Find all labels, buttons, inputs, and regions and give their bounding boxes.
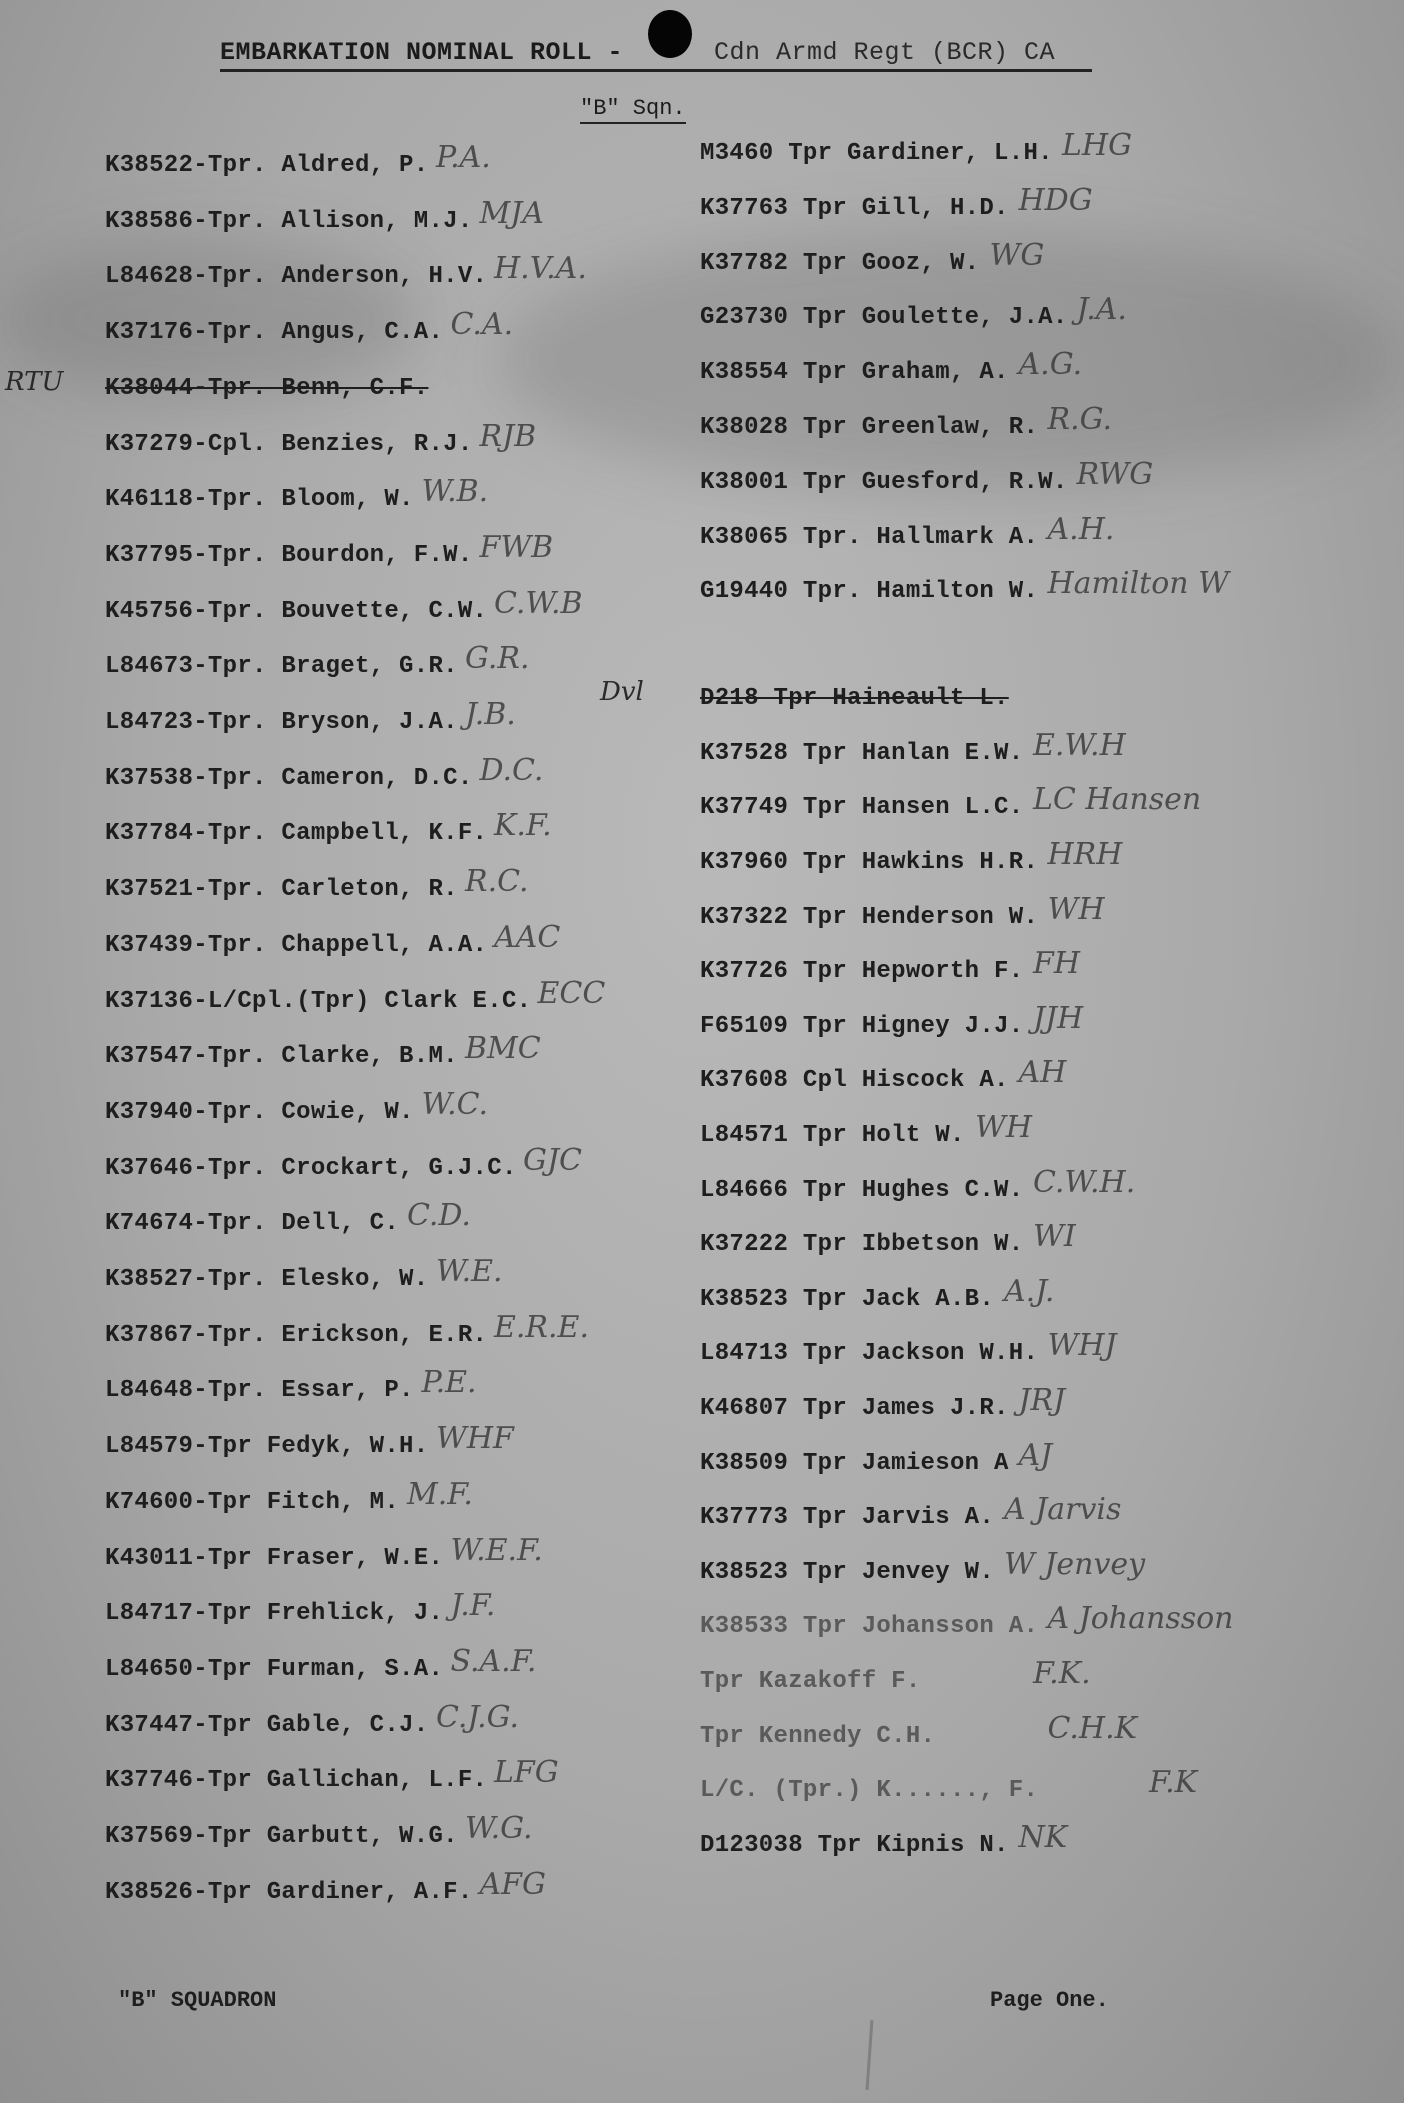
- roll-entry: K37547-Tpr. Clarke, B.M.: [105, 1043, 458, 1070]
- entry-text: K37569-Tpr Garbutt, W.G.: [105, 1823, 458, 1850]
- roll-entry: K37608 Cpl Hiscock A.: [700, 1067, 1009, 1094]
- handwritten-signature: W.G.: [465, 1811, 533, 1846]
- roll-entry: K37279-Cpl. Benzies, R.J.: [105, 431, 473, 458]
- roll-entry: L84723-Tpr. Bryson, J.A.: [105, 709, 458, 736]
- entry-text: K46807 Tpr James J.R.: [700, 1395, 1009, 1422]
- entry-text: K37528 Tpr Hanlan E.W.: [700, 740, 1023, 767]
- entry-text: K38044-Tpr. Benn, C.F.: [105, 375, 428, 402]
- roll-entry: K37521-Tpr. Carleton, R.: [105, 876, 458, 903]
- entry-text: K37726 Tpr Hepworth F.: [700, 958, 1023, 985]
- entry-text: Tpr Kazakoff F.: [700, 1668, 921, 1695]
- entry-text: K37279-Cpl. Benzies, R.J.: [105, 431, 473, 458]
- entry-text: K37782 Tpr Gooz, W.: [700, 250, 979, 277]
- handwritten-signature: E.W.H: [1033, 728, 1126, 763]
- entry-text: K37746-Tpr Gallichan, L.F.: [105, 1767, 487, 1794]
- roll-entry: K38526-Tpr Gardiner, A.F.: [105, 1879, 473, 1906]
- roll-entry: K38001 Tpr Guesford, R.W.: [700, 469, 1068, 496]
- entry-text: K37136-L/Cpl.(Tpr) Clark E.C.: [105, 988, 531, 1015]
- pencil-mark: [866, 2020, 874, 2090]
- entry-text: L84723-Tpr. Bryson, J.A.: [105, 709, 458, 736]
- entry-text: L84673-Tpr. Braget, G.R.: [105, 653, 458, 680]
- entry-text: K38526-Tpr Gardiner, A.F.: [105, 1879, 473, 1906]
- entry-text: K38533 Tpr Johansson A.: [700, 1613, 1038, 1640]
- roll-entry: K46118-Tpr. Bloom, W.: [105, 486, 414, 513]
- handwritten-signature: Hamilton W: [1048, 566, 1230, 601]
- handwritten-signature: AH: [1019, 1055, 1067, 1090]
- handwritten-signature: P.A.: [436, 140, 491, 175]
- roll-entry: D218 Tpr Haineault L.: [700, 685, 1009, 712]
- roll-entry: K37538-Tpr. Cameron, D.C.: [105, 765, 473, 792]
- roll-entry: D123038 Tpr Kipnis N.: [700, 1832, 1009, 1859]
- roll-entry: K74600-Tpr Fitch, M.: [105, 1489, 399, 1516]
- roll-entry: F65109 Tpr Higney J.J.: [700, 1013, 1023, 1040]
- entry-text: L84650-Tpr Furman, S.A.: [105, 1656, 443, 1683]
- roll-entry: K38527-Tpr. Elesko, W.: [105, 1266, 428, 1293]
- roll-entry: K38554 Tpr Graham, A.: [700, 359, 1009, 386]
- margin-annotation: RTU: [5, 367, 63, 397]
- handwritten-signature: JJH: [1033, 1001, 1083, 1036]
- roll-entry: L84666 Tpr Hughes C.W.: [700, 1177, 1023, 1204]
- handwritten-signature: MJA: [480, 196, 544, 231]
- handwritten-signature: A.G.: [1019, 347, 1083, 382]
- handwritten-signature: WI: [1033, 1219, 1076, 1254]
- roll-entry: K38044-Tpr. Benn, C.F.: [105, 375, 428, 402]
- entry-text: K38065 Tpr. Hallmark A.: [700, 524, 1038, 551]
- roll-entry: L84579-Tpr Fedyk, W.H.: [105, 1433, 428, 1460]
- handwritten-signature: W.C.: [422, 1087, 489, 1122]
- roll-entry: K37795-Tpr. Bourdon, F.W.: [105, 542, 473, 569]
- footer-squadron: "B" SQUADRON: [118, 1988, 276, 2013]
- roll-entry: L84717-Tpr Frehlick, J.: [105, 1600, 443, 1627]
- entry-text: Tpr Kennedy C.H.: [700, 1723, 935, 1750]
- handwritten-signature: J.B.: [465, 697, 516, 732]
- handwritten-signature: W Jenvey: [1004, 1547, 1145, 1582]
- margin-annotation: Dvl: [600, 677, 644, 707]
- entry-text: K45756-Tpr. Bouvette, C.W.: [105, 598, 487, 625]
- entry-text: K38001 Tpr Guesford, R.W.: [700, 469, 1068, 496]
- entry-text: L84571 Tpr Holt W.: [700, 1122, 965, 1149]
- roll-entry: L84648-Tpr. Essar, P.: [105, 1377, 414, 1404]
- roll-entry: K38586-Tpr. Allison, M.J.: [105, 208, 473, 235]
- entry-text: L84628-Tpr. Anderson, H.V.: [105, 263, 487, 290]
- roll-entry: K37136-L/Cpl.(Tpr) Clark E.C.: [105, 988, 531, 1015]
- roll-entry: K37447-Tpr Gable, C.J.: [105, 1712, 428, 1739]
- entry-text: D218 Tpr Haineault L.: [700, 685, 1009, 712]
- entry-text: M3460 Tpr Gardiner, L.H.: [700, 140, 1053, 167]
- handwritten-signature: A Jarvis: [1004, 1492, 1121, 1527]
- entry-text: K37784-Tpr. Campbell, K.F.: [105, 820, 487, 847]
- entry-text: L84713 Tpr Jackson W.H.: [700, 1340, 1038, 1367]
- handwritten-signature: LHG: [1062, 128, 1132, 163]
- handwritten-signature: D.C.: [480, 753, 544, 788]
- entry-text: K38523 Tpr Jenvey W.: [700, 1559, 994, 1586]
- handwritten-signature: AFG: [480, 1867, 546, 1902]
- handwritten-signature: C.A.: [451, 307, 514, 342]
- entry-text: G23730 Tpr Goulette, J.A.: [700, 304, 1068, 331]
- entry-text: K38523 Tpr Jack A.B.: [700, 1286, 994, 1313]
- entry-text: K37763 Tpr Gill, H.D.: [700, 195, 1009, 222]
- entry-text: K37538-Tpr. Cameron, D.C.: [105, 765, 473, 792]
- entry-text: D123038 Tpr Kipnis N.: [700, 1832, 1009, 1859]
- handwritten-signature: HDG: [1019, 183, 1093, 218]
- entry-text: K37439-Tpr. Chappell, A.A.: [105, 932, 487, 959]
- handwritten-signature: S.A.F.: [451, 1644, 537, 1679]
- entry-text: K37940-Tpr. Cowie, W.: [105, 1099, 414, 1126]
- roll-entry: L84628-Tpr. Anderson, H.V.: [105, 263, 487, 290]
- roll-entry: K37222 Tpr Ibbetson W.: [700, 1231, 1023, 1258]
- entry-text: L84717-Tpr Frehlick, J.: [105, 1600, 443, 1627]
- entry-text: K37960 Tpr Hawkins H.R.: [700, 849, 1038, 876]
- handwritten-signature: LFG: [494, 1755, 559, 1790]
- roll-entry: K46807 Tpr James J.R.: [700, 1395, 1009, 1422]
- handwritten-signature: WH: [975, 1110, 1032, 1145]
- entry-text: K38527-Tpr. Elesko, W.: [105, 1266, 428, 1293]
- roll-entry: K37746-Tpr Gallichan, L.F.: [105, 1767, 487, 1794]
- entry-text: K38522-Tpr. Aldred, P.: [105, 152, 428, 179]
- handwritten-signature: WH: [1048, 892, 1105, 927]
- roll-entry: K38523 Tpr Jack A.B.: [700, 1286, 994, 1313]
- roll-entry: K45756-Tpr. Bouvette, C.W.: [105, 598, 487, 625]
- handwritten-signature: P.E.: [422, 1365, 477, 1400]
- handwritten-signature: C.J.G.: [436, 1700, 519, 1735]
- entry-text: K37322 Tpr Henderson W.: [700, 904, 1038, 931]
- entry-text: K37447-Tpr Gable, C.J.: [105, 1712, 428, 1739]
- roll-entry: L84650-Tpr Furman, S.A.: [105, 1656, 443, 1683]
- roll-entry: K38028 Tpr Greenlaw, R.: [700, 414, 1038, 441]
- handwritten-signature: A Johansson: [1048, 1601, 1234, 1636]
- roll-entry: L84673-Tpr. Braget, G.R.: [105, 653, 458, 680]
- handwritten-signature: FH: [1033, 946, 1080, 981]
- roll-entry: K37763 Tpr Gill, H.D.: [700, 195, 1009, 222]
- handwritten-signature: ECC: [538, 976, 606, 1011]
- handwritten-signature: W.E.F.: [451, 1533, 543, 1568]
- roll-entry: K38523 Tpr Jenvey W.: [700, 1559, 994, 1586]
- roll-entry: K37176-Tpr. Angus, C.A.: [105, 319, 443, 346]
- entry-text: K37521-Tpr. Carleton, R.: [105, 876, 458, 903]
- roll-entry: K37940-Tpr. Cowie, W.: [105, 1099, 414, 1126]
- handwritten-signature: RJB: [480, 419, 537, 454]
- handwritten-signature: GJC: [523, 1143, 582, 1178]
- handwritten-signature: NK: [1019, 1820, 1068, 1855]
- entry-text: K37773 Tpr Jarvis A.: [700, 1504, 994, 1531]
- title-unit: Cdn Armd Regt (BCR) CA: [714, 38, 1055, 67]
- handwritten-signature: JRJ: [1019, 1383, 1066, 1418]
- entry-text: K37795-Tpr. Bourdon, F.W.: [105, 542, 473, 569]
- entry-text: K43011-Tpr Fraser, W.E.: [105, 1545, 443, 1572]
- handwritten-signature: J.F.: [451, 1588, 496, 1623]
- handwritten-signature: C.W.B: [494, 586, 583, 621]
- handwritten-signature: R.G.: [1048, 402, 1113, 437]
- roll-entry: K37784-Tpr. Campbell, K.F.: [105, 820, 487, 847]
- handwritten-signature: F.K.: [1033, 1656, 1091, 1691]
- handwritten-signature: J.A.: [1077, 292, 1127, 327]
- roll-entry: Tpr Kazakoff F.: [700, 1668, 921, 1695]
- roll-entry: K37773 Tpr Jarvis A.: [700, 1504, 994, 1531]
- entry-text: K38028 Tpr Greenlaw, R.: [700, 414, 1038, 441]
- entry-text: K74600-Tpr Fitch, M.: [105, 1489, 399, 1516]
- entry-text: K37222 Tpr Ibbetson W.: [700, 1231, 1023, 1258]
- entry-text: L/C. (Tpr.) K......, F.: [700, 1777, 1038, 1804]
- roll-entry: K38533 Tpr Johansson A.: [700, 1613, 1038, 1640]
- handwritten-signature: WHJ: [1048, 1328, 1117, 1363]
- handwritten-signature: BMC: [465, 1031, 541, 1066]
- entry-text: K37646-Tpr. Crockart, G.J.C.: [105, 1155, 517, 1182]
- entry-text: L84579-Tpr Fedyk, W.H.: [105, 1433, 428, 1460]
- title-left: EMBARKATION NOMINAL ROLL -: [220, 38, 623, 67]
- entry-text: K37176-Tpr. Angus, C.A.: [105, 319, 443, 346]
- squadron-subtitle: "B" Sqn.: [580, 96, 686, 124]
- roll-entry: K37569-Tpr Garbutt, W.G.: [105, 1823, 458, 1850]
- entry-text: G19440 Tpr. Hamilton W.: [700, 578, 1038, 605]
- handwritten-signature: RWG: [1077, 457, 1154, 492]
- handwritten-signature: M.F.: [407, 1477, 473, 1512]
- entry-text: L84648-Tpr. Essar, P.: [105, 1377, 414, 1404]
- handwritten-signature: R.C.: [465, 864, 529, 899]
- roll-entry: K37749 Tpr Hansen L.C.: [700, 794, 1023, 821]
- entry-text: K38554 Tpr Graham, A.: [700, 359, 1009, 386]
- handwritten-signature: A.J.: [1004, 1274, 1054, 1309]
- roll-entry: K37646-Tpr. Crockart, G.J.C.: [105, 1155, 517, 1182]
- handwritten-signature: FWB: [480, 530, 554, 565]
- handwritten-signature: F.K: [1149, 1765, 1197, 1800]
- handwritten-signature: K.F.: [494, 808, 552, 843]
- entry-text: K46118-Tpr. Bloom, W.: [105, 486, 414, 513]
- handwritten-signature: A.H.: [1048, 512, 1115, 547]
- roll-entry: K37439-Tpr. Chappell, A.A.: [105, 932, 487, 959]
- handwritten-signature: HRH: [1048, 837, 1123, 872]
- roll-entry: K37528 Tpr Hanlan E.W.: [700, 740, 1023, 767]
- handwritten-signature: C.H.K: [1048, 1711, 1138, 1746]
- roll-entry: G19440 Tpr. Hamilton W.: [700, 578, 1038, 605]
- handwritten-signature: C.W.H.: [1033, 1165, 1135, 1200]
- handwritten-signature: E.R.E.: [494, 1310, 589, 1345]
- roll-entry: L84713 Tpr Jackson W.H.: [700, 1340, 1038, 1367]
- entry-text: K37749 Tpr Hansen L.C.: [700, 794, 1023, 821]
- handwritten-signature: W.B.: [422, 474, 489, 509]
- entry-text: K37608 Cpl Hiscock A.: [700, 1067, 1009, 1094]
- roll-entry: L/C. (Tpr.) K......, F.: [700, 1777, 1038, 1804]
- roll-entry: K37322 Tpr Henderson W.: [700, 904, 1038, 931]
- handwritten-signature: LC Hansen: [1033, 782, 1201, 817]
- page-title: EMBARKATION NOMINAL ROLL - Cdn Armd Regt…: [220, 38, 1092, 72]
- roll-entry: Tpr Kennedy C.H.: [700, 1723, 935, 1750]
- handwritten-signature: AAC: [494, 920, 560, 955]
- entry-text: K38586-Tpr. Allison, M.J.: [105, 208, 473, 235]
- handwritten-signature: H.V.A.: [494, 251, 587, 286]
- roll-entry: K37960 Tpr Hawkins H.R.: [700, 849, 1038, 876]
- handwritten-signature: W.E.: [436, 1254, 503, 1289]
- handwritten-signature: G.R.: [465, 641, 530, 676]
- handwritten-signature: WG: [990, 238, 1045, 273]
- roll-entry: K37726 Tpr Hepworth F.: [700, 958, 1023, 985]
- entry-text: K37547-Tpr. Clarke, B.M.: [105, 1043, 458, 1070]
- handwritten-signature: WHF: [436, 1421, 514, 1456]
- entry-text: L84666 Tpr Hughes C.W.: [700, 1177, 1023, 1204]
- roll-entry: K38522-Tpr. Aldred, P.: [105, 152, 428, 179]
- handwritten-signature: AJ: [1019, 1438, 1053, 1473]
- entry-text: F65109 Tpr Higney J.J.: [700, 1013, 1023, 1040]
- handwritten-signature: C.D.: [407, 1198, 471, 1233]
- entry-text: K74674-Tpr. Dell, C.: [105, 1210, 399, 1237]
- roll-entry: G23730 Tpr Goulette, J.A.: [700, 304, 1068, 331]
- entry-text: K38509 Tpr Jamieson A: [700, 1450, 1009, 1477]
- roll-entry: M3460 Tpr Gardiner, L.H.: [700, 140, 1053, 167]
- roll-entry: K74674-Tpr. Dell, C.: [105, 1210, 399, 1237]
- roll-entry: L84571 Tpr Holt W.: [700, 1122, 965, 1149]
- footer-page-number: Page One.: [990, 1988, 1109, 2013]
- roll-entry: K38509 Tpr Jamieson A: [700, 1450, 1009, 1477]
- roll-entry: K38065 Tpr. Hallmark A.: [700, 524, 1038, 551]
- entry-text: K37867-Tpr. Erickson, E.R.: [105, 1322, 487, 1349]
- roll-entry: K37867-Tpr. Erickson, E.R.: [105, 1322, 487, 1349]
- roll-entry: K37782 Tpr Gooz, W.: [700, 250, 979, 277]
- roll-entry: K43011-Tpr Fraser, W.E.: [105, 1545, 443, 1572]
